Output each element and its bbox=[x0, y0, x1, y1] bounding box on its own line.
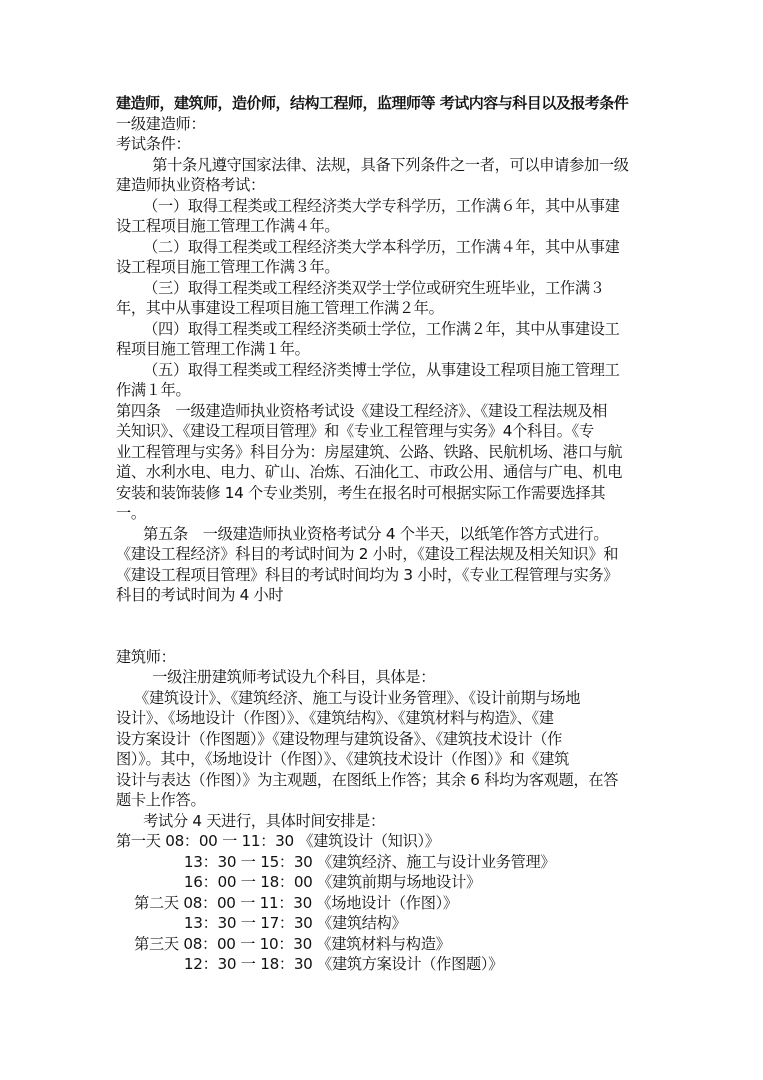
schedule-time: 08：00 一 10：30 bbox=[183, 935, 312, 953]
schedule-indent bbox=[116, 894, 134, 912]
document-title: 建造师，建筑师，造价师，结构工程师，监理师等 考试内容与科目以及报考条件 bbox=[116, 93, 656, 114]
schedule-subject: 《建筑结构》 bbox=[317, 914, 406, 932]
paragraph-line: （五）取得工程类或工程经济类博士学位，从事建设工程项目施工管理工 bbox=[116, 360, 656, 381]
paragraph-line: 设计》、《场地设计（作图）》、《建筑结构》、《建筑材料与构造》、《建 bbox=[116, 708, 656, 729]
subheading-exam-conditions: 考试条件： bbox=[116, 134, 656, 155]
paragraph-line: 科目的考试时间为 4 小时 bbox=[116, 585, 656, 606]
schedule-subject: 《建筑方案设计（作图题）》 bbox=[317, 955, 503, 973]
schedule-day: 第二天 bbox=[134, 894, 179, 912]
paragraph-line: （一）取得工程类或工程经济类大学专科学历，工作满６年，其中从事建 bbox=[116, 196, 656, 217]
paragraph-line: 题卡上作答。 bbox=[116, 790, 656, 811]
schedule-time: 13：30 一 15：30 bbox=[184, 853, 313, 871]
paragraph-line: 建造师执业资格考试： bbox=[116, 175, 656, 196]
paragraph-line: 一。 bbox=[116, 503, 656, 524]
schedule-indent bbox=[116, 873, 179, 891]
schedule-row: 第一天 08：00 一 11：30 《建筑设计（知识）》 bbox=[116, 831, 656, 852]
paragraph-line: 设工程项目施工管理工作满３年。 bbox=[116, 257, 656, 278]
schedule-indent bbox=[116, 853, 179, 871]
schedule-subject: 《建筑经济、施工与设计业务管理》 bbox=[317, 853, 555, 871]
paragraph-line: 设工程项目施工管理工作满４年。 bbox=[116, 216, 656, 237]
paragraph-line: （三）取得工程类或工程经济类双学士学位或研究生班毕业，工作满３ bbox=[116, 278, 656, 299]
paragraph-line: 关知识》、《建设工程项目管理》和《专业工程管理与实务》4个科目。《专 bbox=[116, 421, 656, 442]
schedule-time: 08：00 一 11：30 bbox=[183, 894, 312, 912]
schedule-time: 16：00 一 18：00 bbox=[184, 873, 313, 891]
document-page: 建造师，建筑师，造价师，结构工程师，监理师等 考试内容与科目以及报考条件 一级建… bbox=[116, 93, 656, 975]
paragraph-line: 第十条凡遵守国家法律、法规，具备下列条件之一者，可以申请参加一级 bbox=[116, 155, 656, 176]
paragraph-line: 道、水利水电、电力、矿山、冶炼、石油化工、市政公用、通信与广电、机电 bbox=[116, 462, 656, 483]
paragraph-line: 《建设工程经济》科目的考试时间为 2 小时，《建设工程法规及相关知识》和 bbox=[116, 544, 656, 565]
paragraph-line: 考试分 4 天进行，具体时间安排是： bbox=[116, 811, 656, 832]
schedule-subject: 《建筑前期与场地设计》 bbox=[317, 873, 481, 891]
schedule-row: 13：30 一 17：30 《建筑结构》 bbox=[116, 913, 656, 934]
paragraph-line: 《建设工程项目管理》科目的考试时间均为 3 小时，《专业工程管理与实务》 bbox=[116, 565, 656, 586]
paragraph-line: （二）取得工程类或工程经济类大学本科学历，工作满４年，其中从事建 bbox=[116, 237, 656, 258]
paragraph-line: 安装和装饰装修 14 个专业类别，考生在报名时可根据实际工作需要选择其 bbox=[116, 483, 656, 504]
section-constructor-body: 第十条凡遵守国家法律、法规，具备下列条件之一者，可以申请参加一级 建造师执业资格… bbox=[116, 155, 656, 606]
blank-line bbox=[116, 606, 656, 627]
schedule-subject: 《建筑材料与构造》 bbox=[316, 935, 450, 953]
section-heading-architect: 建筑师： bbox=[116, 647, 656, 668]
schedule-day: 第三天 bbox=[134, 935, 179, 953]
paragraph-line: 业工程管理与实务》科目分为：房屋建筑、公路、铁路、民航机场、港口与航 bbox=[116, 442, 656, 463]
paragraph-line: 图）》。其中，《场地设计（作图）》、《建筑技术设计（作图）》和《建筑 bbox=[116, 749, 656, 770]
schedule-time: 13：30 一 17：30 bbox=[184, 914, 313, 932]
paragraph-line: 第五条 一级建造师执业资格考试分 4 个半天，以纸笔作答方式进行。 bbox=[116, 524, 656, 545]
schedule-day: 第一天 bbox=[116, 832, 161, 850]
exam-schedule: 第一天 08：00 一 11：30 《建筑设计（知识）》 13：30 一 15：… bbox=[116, 831, 656, 975]
paragraph-line: 第四条 一级建造师执业资格考试设《建设工程经济》、《建设工程法规及相 bbox=[116, 401, 656, 422]
schedule-row: 12：30 一 18：30 《建筑方案设计（作图题）》 bbox=[116, 954, 656, 975]
schedule-indent bbox=[116, 914, 179, 932]
paragraph-line: 设方案设计（作图题）》《建设物理与建筑设备》、《建筑技术设计（作 bbox=[116, 729, 656, 750]
schedule-subject: 《场地设计（作图）》 bbox=[316, 894, 457, 912]
schedule-row: 16：00 一 18：00 《建筑前期与场地设计》 bbox=[116, 872, 656, 893]
section-architect-body: 一级注册建筑师考试设九个科目，具体是： 《建筑设计》、《建筑经济、施工与设计业务… bbox=[116, 667, 656, 831]
paragraph-line: 年，其中从事建设工程项目施工管理工作满２年。 bbox=[116, 298, 656, 319]
section-heading-constructor: 一级建造师： bbox=[116, 114, 656, 135]
schedule-indent bbox=[116, 935, 134, 953]
schedule-row: 第三天 08：00 一 10：30 《建筑材料与构造》 bbox=[116, 934, 656, 955]
paragraph-line: 《建筑设计》、《建筑经济、施工与设计业务管理》、《设计前期与场地 bbox=[116, 688, 656, 709]
schedule-row: 13：30 一 15：30 《建筑经济、施工与设计业务管理》 bbox=[116, 852, 656, 873]
paragraph-line: （四）取得工程类或工程经济类硕士学位，工作满２年，其中从事建设工 bbox=[116, 319, 656, 340]
schedule-subject: 《建筑设计（知识）》 bbox=[298, 832, 439, 850]
schedule-time: 12：30 一 18：30 bbox=[184, 955, 313, 973]
paragraph-line: 作满１年。 bbox=[116, 380, 656, 401]
schedule-indent bbox=[116, 955, 179, 973]
schedule-time: 08：00 一 11：30 bbox=[165, 832, 294, 850]
paragraph-line: 一级注册建筑师考试设九个科目，具体是： bbox=[116, 667, 656, 688]
paragraph-line: 程项目施工管理工作满１年。 bbox=[116, 339, 656, 360]
schedule-row: 第二天 08：00 一 11：30 《场地设计（作图）》 bbox=[116, 893, 656, 914]
blank-line bbox=[116, 626, 656, 647]
paragraph-line: 设计与表达（作图）》为主观题，在图纸上作答；其余 6 科均为客观题，在答 bbox=[116, 770, 656, 791]
